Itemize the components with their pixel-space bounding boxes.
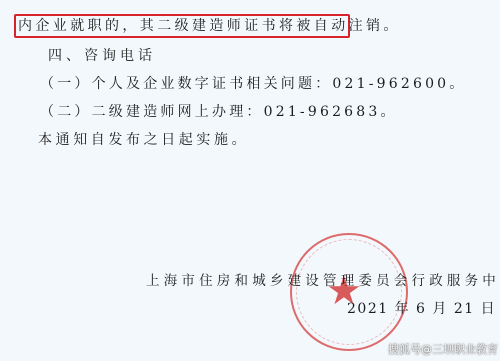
highlighted-line: 内企业就职的，其二级建造师证书将被自动注销。 (18, 17, 401, 35)
section-title: 四、咨询电话 (48, 47, 156, 65)
contact-item-2: （二）二级建造师网上办理：021-962683。 (40, 103, 398, 121)
document-page: 内企业就职的，其二级建造师证书将被自动注销。 四、咨询电话 （一）个人及企业数字… (0, 0, 500, 361)
watermark: 搜狐号@三坝职业教育 (388, 341, 498, 357)
issue-date: 2021 年 6 月 21 日 (347, 300, 496, 318)
official-seal: ★ (290, 233, 408, 351)
issuer-name: 上海市住房和城乡建设管理委员会行政服务中心 (146, 272, 500, 290)
contact-item-1: （一）个人及企业数字证书相关问题：021-962600。 (40, 75, 467, 93)
effective-note: 本通知自发布之日起实施。 (38, 131, 249, 149)
